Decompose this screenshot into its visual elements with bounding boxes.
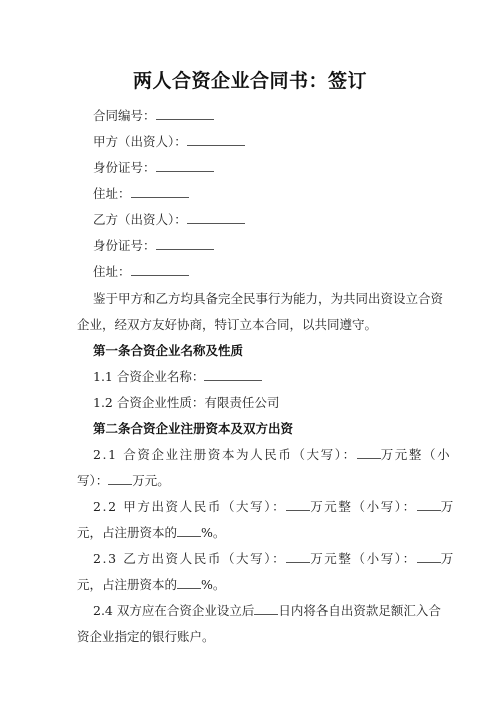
article-2-item-4-cont: 资企业指定的银行账户。	[77, 629, 215, 645]
field-party-b-id: 身份证号：	[93, 238, 214, 254]
field-party-b-address: 住址：	[93, 264, 189, 280]
blank-line[interactable]	[177, 525, 201, 537]
field-party-a-address: 住址：	[93, 186, 189, 202]
blank-line[interactable]	[131, 186, 189, 198]
blank-line[interactable]	[108, 473, 132, 485]
blank-line[interactable]	[417, 499, 441, 511]
blank-line[interactable]	[286, 499, 310, 511]
blank-line[interactable]	[177, 577, 201, 589]
blank-line[interactable]	[286, 551, 310, 563]
blank-line[interactable]	[187, 212, 245, 224]
article-1-item-2: 1.2 合资企业性质：有限责任公司	[93, 395, 279, 411]
article-2-item-1: 2.1 合资企业注册资本为人民币（大写）：万元整（小	[93, 447, 451, 463]
blank-line[interactable]	[417, 551, 441, 563]
field-contract-number: 合同编号：	[93, 108, 214, 124]
blank-line[interactable]	[156, 160, 214, 172]
blank-line[interactable]	[204, 369, 262, 381]
blank-line[interactable]	[357, 447, 381, 459]
article-2-item-3-cont: 元，占注册资本的%。	[77, 577, 225, 593]
blank-line[interactable]	[187, 134, 245, 146]
article-2-heading: 第二条合资企业注册资本及双方出资	[93, 421, 293, 437]
blank-line[interactable]	[156, 108, 214, 120]
article-1-item-1: 1.1 合资企业名称：	[93, 369, 262, 385]
preamble-line-2: 企业，经双方友好协商，特订立本合同，以共同遵守。	[77, 317, 377, 333]
field-party-a: 甲方（出资人）：	[93, 134, 245, 150]
article-2-item-2-cont: 元，占注册资本的%。	[77, 525, 225, 541]
preamble-line-1: 鉴于甲方和乙方均具备完全民事行为能力，为共同出资设立合资	[93, 291, 443, 307]
article-2-item-2: 2.2 甲方出资人民币（大写）：万元整（小写）：万	[93, 499, 455, 515]
document-title: 两人合资企业合同书：签订	[0, 66, 500, 93]
article-2-item-1-cont: 写）：万元。	[77, 473, 170, 489]
article-1-heading: 第一条合资企业名称及性质	[93, 343, 243, 359]
article-2-item-4: 2.4 双方应在合资企业设立后日内将各自出资款足额汇入合	[93, 603, 441, 619]
field-party-a-id: 身份证号：	[93, 160, 214, 176]
blank-line[interactable]	[131, 264, 189, 276]
blank-line[interactable]	[156, 238, 214, 250]
blank-line[interactable]	[254, 603, 278, 615]
field-party-b: 乙方（出资人）：	[93, 212, 245, 228]
article-2-item-3: 2.3 乙方出资人民币（大写）：万元整（小写）：万	[93, 551, 455, 567]
